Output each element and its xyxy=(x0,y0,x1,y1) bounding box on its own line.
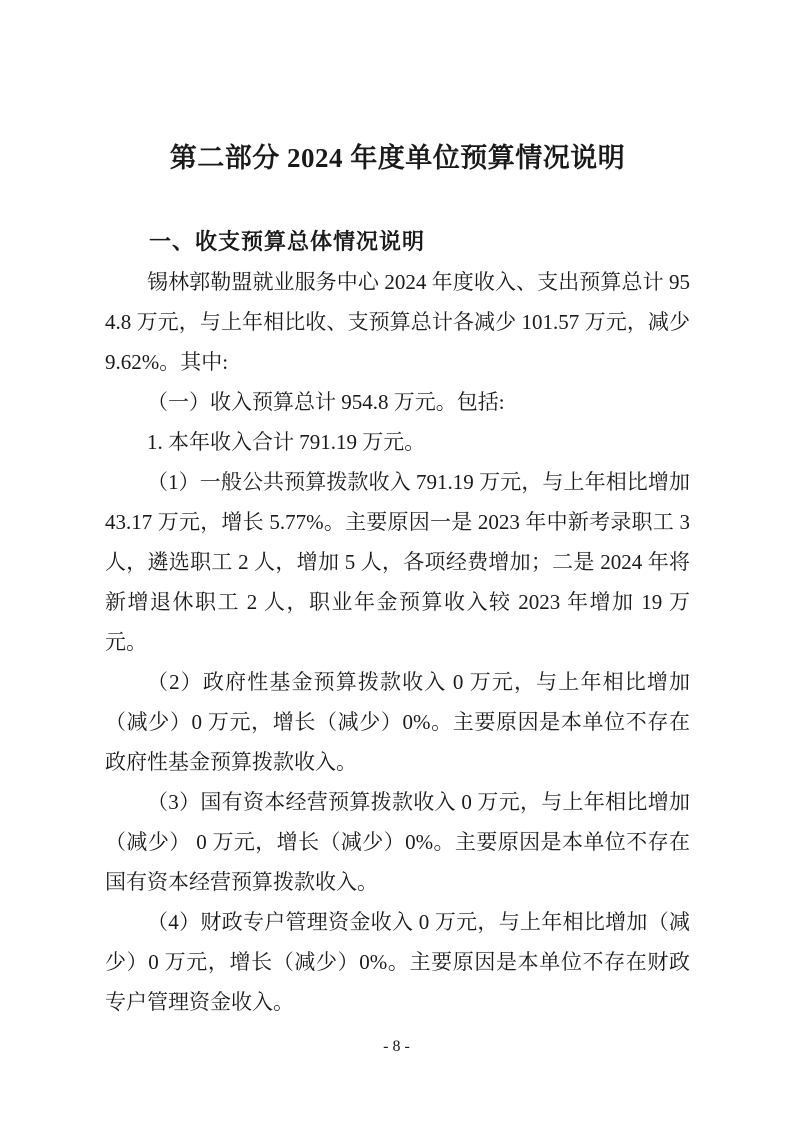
document-page: 第二部分 2024 年度单位预算情况说明 一、收支预算总体情况说明 锡林郭勒盟就… xyxy=(0,0,793,1122)
paragraph-budget-overview: 锡林郭勒盟就业服务中心 2024 年度收入、支出预算总计 954.8 万元，与上… xyxy=(105,262,690,382)
document-title: 第二部分 2024 年度单位预算情况说明 xyxy=(105,138,690,178)
paragraph-general-public-budget-income: （1）一般公共预算拨款收入 791.19 万元，与上年相比增加 43.17 万元… xyxy=(105,462,690,662)
paragraph-income-total: （一）收入预算总计 954.8 万元。包括: xyxy=(105,382,690,422)
paragraph-state-capital-income: （3）国有资本经营预算拨款收入 0 万元，与上年相比增加（减少） 0 万元，增长… xyxy=(105,782,690,902)
section-heading: 一、收支预算总体情况说明 xyxy=(105,227,690,257)
paragraph-government-fund-income: （2）政府性基金预算拨款收入 0 万元，与上年相比增加（减少）0 万元，增长（减… xyxy=(105,662,690,782)
page-number: - 8 - xyxy=(0,1036,793,1058)
paragraph-current-year-income: 1. 本年收入合计 791.19 万元。 xyxy=(105,422,690,462)
page-content: 第二部分 2024 年度单位预算情况说明 一、收支预算总体情况说明 锡林郭勒盟就… xyxy=(0,0,793,1022)
paragraph-fiscal-special-account-income: （4）财政专户管理资金收入 0 万元，与上年相比增加（减少）0 万元，增长（减少… xyxy=(105,902,690,1022)
